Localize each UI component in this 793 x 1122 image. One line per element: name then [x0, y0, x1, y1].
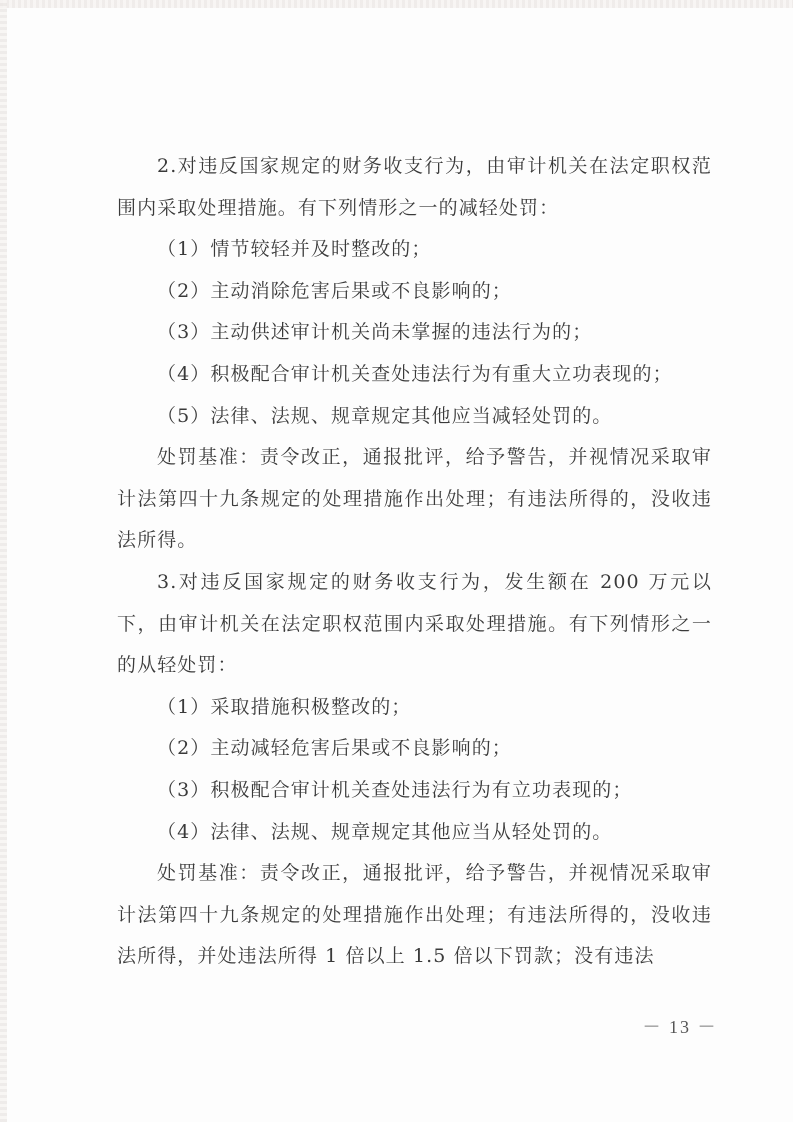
page-number: － 13 －	[640, 1013, 720, 1039]
section-3-item-4: （4）法律、法规、规章规定其他应当从轻处罚的。	[117, 812, 712, 854]
section-3-intro: 3.对违反国家规定的财务收支行为，发生额在 200 万元以下，由审计机关在法定职…	[117, 562, 712, 687]
section-2-penalty-standard: 处罚基准：责令改正，通报批评，给予警告，并视情况采取审计法第四十九条规定的处理措…	[117, 437, 712, 562]
section-2-item-3: （3）主动供述审计机关尚未掌握的违法行为的；	[117, 312, 712, 354]
section-2-item-4: （4）积极配合审计机关查处违法行为有重大立功表现的；	[117, 354, 712, 396]
scan-edge-left	[0, 0, 7, 1122]
section-3-penalty-standard: 处罚基准：责令改正，通报批评，给予警告，并视情况采取审计法第四十九条规定的处理措…	[117, 853, 712, 978]
section-2-item-5: （5）法律、法规、规章规定其他应当减轻处罚的。	[117, 396, 712, 438]
section-3-item-3: （3）积极配合审计机关查处违法行为有立功表现的；	[117, 770, 712, 812]
scan-edge-top	[0, 0, 793, 8]
section-3-item-2: （2）主动减轻危害后果或不良影响的；	[117, 728, 712, 770]
section-2-item-2: （2）主动消除危害后果或不良影响的；	[117, 271, 712, 313]
section-2-intro: 2.对违反国家规定的财务收支行为，由审计机关在法定职权范围内采取处理措施。有下列…	[117, 146, 712, 229]
section-2-item-1: （1）情节较轻并及时整改的；	[117, 229, 712, 271]
document-body: 2.对违反国家规定的财务收支行为，由审计机关在法定职权范围内采取处理措施。有下列…	[117, 146, 712, 978]
section-3-item-1: （1）采取措施积极整改的；	[117, 687, 712, 729]
